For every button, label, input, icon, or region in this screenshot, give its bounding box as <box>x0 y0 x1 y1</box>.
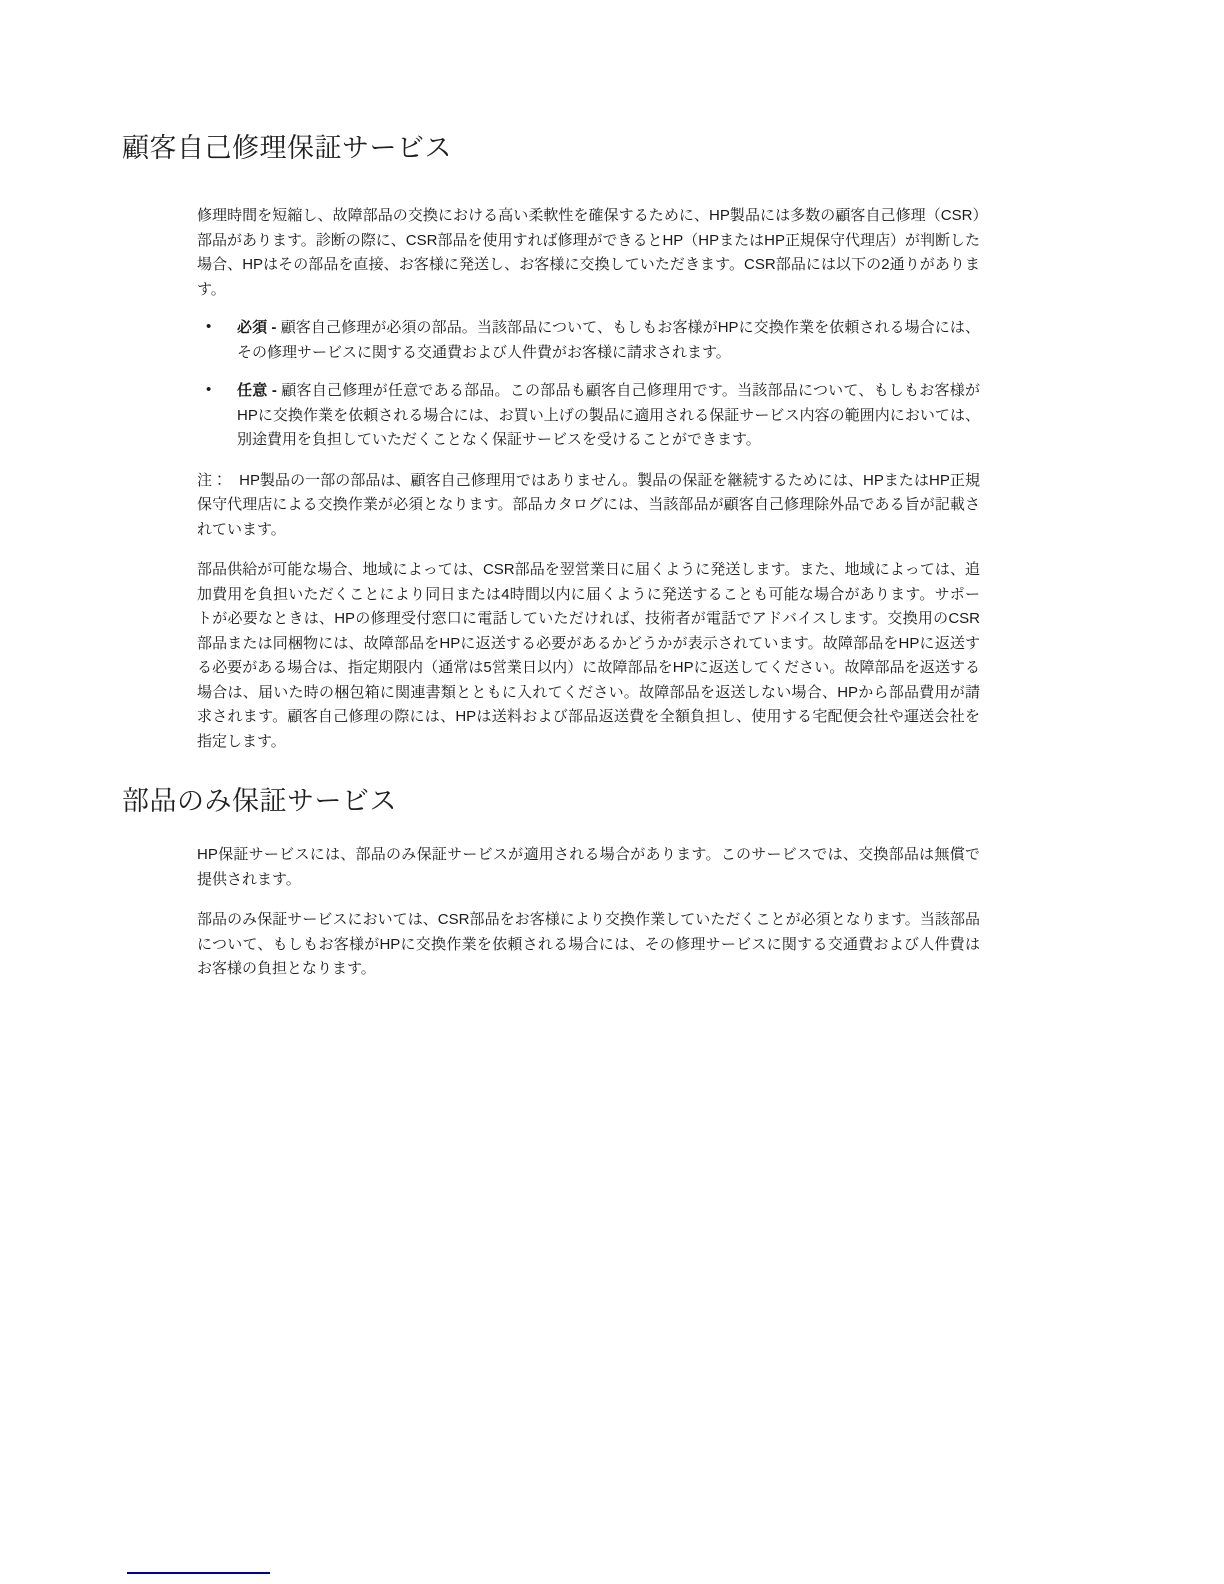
section-heading-customer-self-repair: 顧客自己修理保証サービス <box>122 0 1224 166</box>
csr-part-types-list: • 必須 - 顧客自己修理が必須の部品。当該部品について、もしもお客様がHPに交… <box>197 316 980 453</box>
parts-only-intro-paragraph: HP保証サービスには、部品のみ保証サービスが適用される場合があります。このサービ… <box>197 843 980 892</box>
csr-intro-paragraph: 修理時間を短縮し、故障部品の交換における高い柔軟性を確保するために、HP製品には… <box>197 204 980 302</box>
mandatory-description: 顧客自己修理が必須の部品。当該部品について、もしもお客様がHPに交換作業を依頼さ… <box>237 319 980 361</box>
bullet-icon: • <box>206 378 211 403</box>
parts-only-detail-paragraph: 部品のみ保証サービスにおいては、CSR部品をお客様により交換作業していただくこと… <box>197 908 980 982</box>
shipping-returns-paragraph: 部品供給が可能な場合、地域によっては、CSR部品を翌営業日に届くように発送します… <box>197 558 980 754</box>
optional-term: 任意 - <box>237 382 281 399</box>
footnote-rule <box>127 1572 270 1574</box>
list-item-optional: • 任意 - 顧客自己修理が任意である部品。この部品も顧客自己修理用です。当該部… <box>197 379 980 453</box>
list-item-mandatory: • 必須 - 顧客自己修理が必須の部品。当該部品について、もしもお客様がHPに交… <box>197 316 980 365</box>
note-paragraph: 注：HP製品の一部の部品は、顧客自己修理用ではありません。製品の保証を継続するた… <box>197 469 980 543</box>
section-parts-only-body: HP保証サービスには、部品のみ保証サービスが適用される場合があります。このサービ… <box>197 843 980 982</box>
section-heading-parts-only-warranty: 部品のみ保証サービス <box>122 784 1224 819</box>
bullet-icon: • <box>206 315 211 340</box>
mandatory-term: 必須 - <box>237 319 281 336</box>
document-page: 顧客自己修理保証サービス 修理時間を短縮し、故障部品の交換における高い柔軟性を確… <box>0 0 1224 1584</box>
note-text: HP製品の一部の部品は、顧客自己修理用ではありません。製品の保証を継続するために… <box>197 472 980 538</box>
optional-description: 顧客自己修理が任意である部品。この部品も顧客自己修理用です。当該部品について、も… <box>237 382 980 448</box>
note-label: 注： <box>197 472 227 489</box>
section-csr-body: 修理時間を短縮し、故障部品の交換における高い柔軟性を確保するために、HP製品には… <box>197 204 980 754</box>
